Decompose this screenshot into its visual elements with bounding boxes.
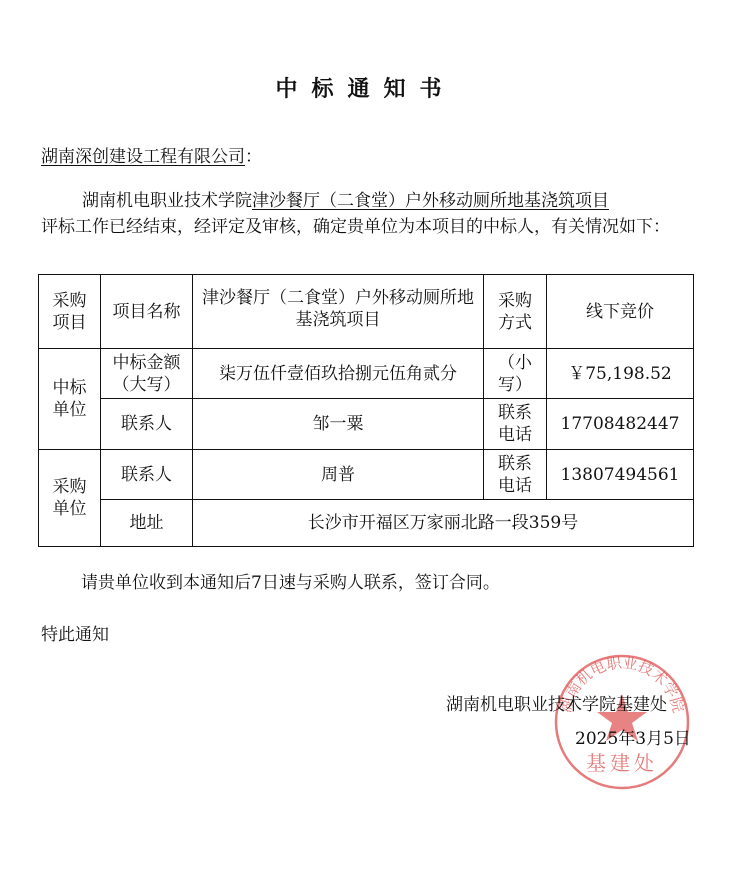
table-row: 采购单位 联系人 周普 联系电话 13807494561 [39, 450, 694, 500]
notice-text: 特此通知 [41, 620, 109, 645]
intro-rest: 评标工作已经结束，经评定及审核，确定贵单位为本项目的中标人，有关情况如下： [41, 217, 670, 237]
method-label: 采购方式 [484, 275, 547, 349]
signer: 湖南机电职业技术学院基建处 [446, 690, 667, 715]
amount-upper-value: 柒万伍仟壹佰玖拾捌元伍角贰分 [193, 349, 484, 399]
purchaser-phone-value: 13807494561 [547, 450, 694, 500]
project-name-value: 津沙餐厅（二食堂）户外移动厕所地基浇筑项目 [193, 275, 484, 349]
table-row: 联系人 邹一粟 联系电话 17708482447 [39, 399, 694, 450]
purchaser-contact-label: 联系人 [101, 450, 193, 500]
intro-purchaser: 湖南机电职业技术学院 [82, 191, 252, 211]
winner-contact-label: 联系人 [101, 399, 193, 450]
winner-contact-value: 邹一粟 [193, 399, 484, 450]
address-value: 长沙市开福区万家丽北路一段359号 [193, 500, 694, 547]
closing-text: 请贵单位收到本通知后7日速与采购人联系，签订合同。 [81, 568, 500, 593]
amount-lower-value: ￥75,198.52 [547, 349, 694, 399]
purchaser-contact-value: 周普 [193, 450, 484, 500]
intro-project: 津沙餐厅（二食堂）户外移动厕所地基浇筑项目 [252, 191, 609, 211]
page-title: 中标通知书 [0, 72, 731, 103]
winner-phone-label: 联系电话 [484, 399, 547, 450]
winner-phone-value: 17708482447 [547, 399, 694, 450]
addressee-company: 湖南深创建设工程有限公司 [41, 147, 245, 167]
purchaser-label: 采购单位 [39, 450, 101, 547]
purchaser-phone-label: 联系电话 [484, 450, 547, 500]
svg-text:基建处: 基建处 [586, 751, 658, 775]
addressee-suffix: ： [245, 147, 262, 167]
project-label: 采购项目 [39, 275, 101, 349]
intro-paragraph: 湖南机电职业技术学院津沙餐厅（二食堂）户外移动厕所地基浇筑项目 评标工作已经结束… [41, 188, 691, 240]
table-row: 采购项目 项目名称 津沙餐厅（二食堂）户外移动厕所地基浇筑项目 采购方式 线下竞… [39, 275, 694, 349]
amount-label: 中标金额（大写） [101, 349, 193, 399]
award-table: 采购项目 项目名称 津沙餐厅（二食堂）户外移动厕所地基浇筑项目 采购方式 线下竞… [38, 274, 694, 547]
table-row: 地址 长沙市开福区万家丽北路一段359号 [39, 500, 694, 547]
addressee: 湖南深创建设工程有限公司： [41, 142, 262, 167]
method-value: 线下竞价 [547, 275, 694, 349]
winner-label: 中标单位 [39, 349, 101, 450]
amount-lower-label: （小写） [484, 349, 547, 399]
issue-date: 2025年3月5日 [575, 724, 691, 749]
table-row: 中标单位 中标金额（大写） 柒万伍仟壹佰玖拾捌元伍角贰分 （小写） ￥75,19… [39, 349, 694, 399]
project-name-label: 项目名称 [101, 275, 193, 349]
address-label: 地址 [101, 500, 193, 547]
official-seal-icon: 湖南机电职业技术学院 基建处 [552, 652, 692, 792]
